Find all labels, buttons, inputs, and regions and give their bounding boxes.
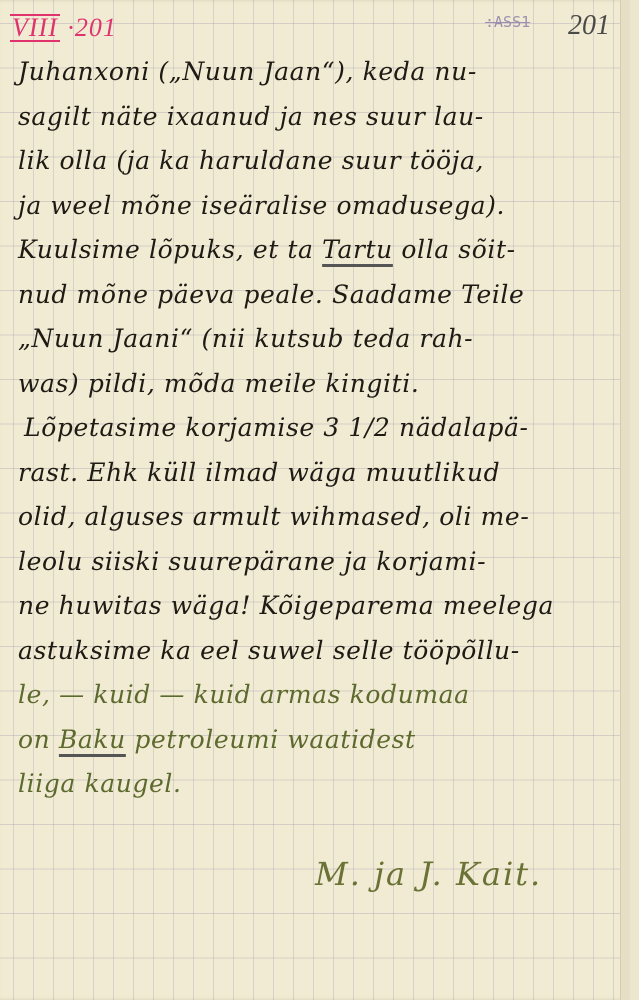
letter-line: sagilt näte ixaanud ja nes suur lau- bbox=[18, 95, 618, 140]
letter-line: Kuulsime lõpuks, et ta Tartu olla sõit- bbox=[18, 228, 618, 273]
letter-line: olid, alguses armult wihmased, oli me- bbox=[18, 495, 618, 540]
underlined-word: Tartu bbox=[322, 235, 393, 264]
letter-line: liiga kaugel. bbox=[18, 762, 618, 807]
signature: M. ja J. Kait. bbox=[315, 855, 542, 893]
letter-line: Juhanxoni („Nuun Jaan“), keda nu- bbox=[18, 50, 618, 95]
letter-page: VIII ·201 :ASS1 201 Juhanxoni („Nuun Jaa… bbox=[0, 0, 630, 1000]
letter-body: Juhanxoni („Nuun Jaan“), keda nu- sagilt… bbox=[18, 50, 618, 807]
letter-line: was) pildi, mõda meile kingiti. bbox=[18, 362, 618, 407]
letter-line: le, — kuid — kuid armas kodumaa bbox=[18, 673, 618, 718]
underlined-word: Baku bbox=[59, 725, 126, 754]
letter-line: Lõpetasime korjamise 3 1/2 nädalapä- bbox=[18, 406, 618, 451]
archive-stamp: :ASS1 bbox=[485, 13, 530, 31]
letter-line: on Baku petroleumi waatidest bbox=[18, 718, 618, 763]
letter-line: astuksime ka eel suwel selle tööpõllu- bbox=[18, 629, 618, 674]
archive-number: ·201 bbox=[67, 13, 117, 42]
page-number: 201 bbox=[568, 10, 610, 42]
archive-roman-numeral: VIII bbox=[10, 14, 60, 42]
letter-line: nud mõne päeva peale. Saadame Teile bbox=[18, 273, 618, 318]
letter-line: ja weel mõne iseäralise omadusega). bbox=[18, 184, 618, 229]
letter-line: lik olla (ja ka haruldane suur tööja, bbox=[18, 139, 618, 184]
letter-line: leolu siiski suurepärane ja korjami- bbox=[18, 540, 618, 585]
page-edge bbox=[620, 0, 630, 1000]
letter-line: rast. Ehk küll ilmad wäga muutlikud bbox=[18, 451, 618, 496]
letter-line: ne huwitas wäga! Kõigeparema meelega bbox=[18, 584, 618, 629]
archive-catalog-mark: VIII ·201 bbox=[10, 13, 117, 43]
letter-line: „Nuun Jaani“ (nii kutsub teda rah- bbox=[18, 317, 618, 362]
